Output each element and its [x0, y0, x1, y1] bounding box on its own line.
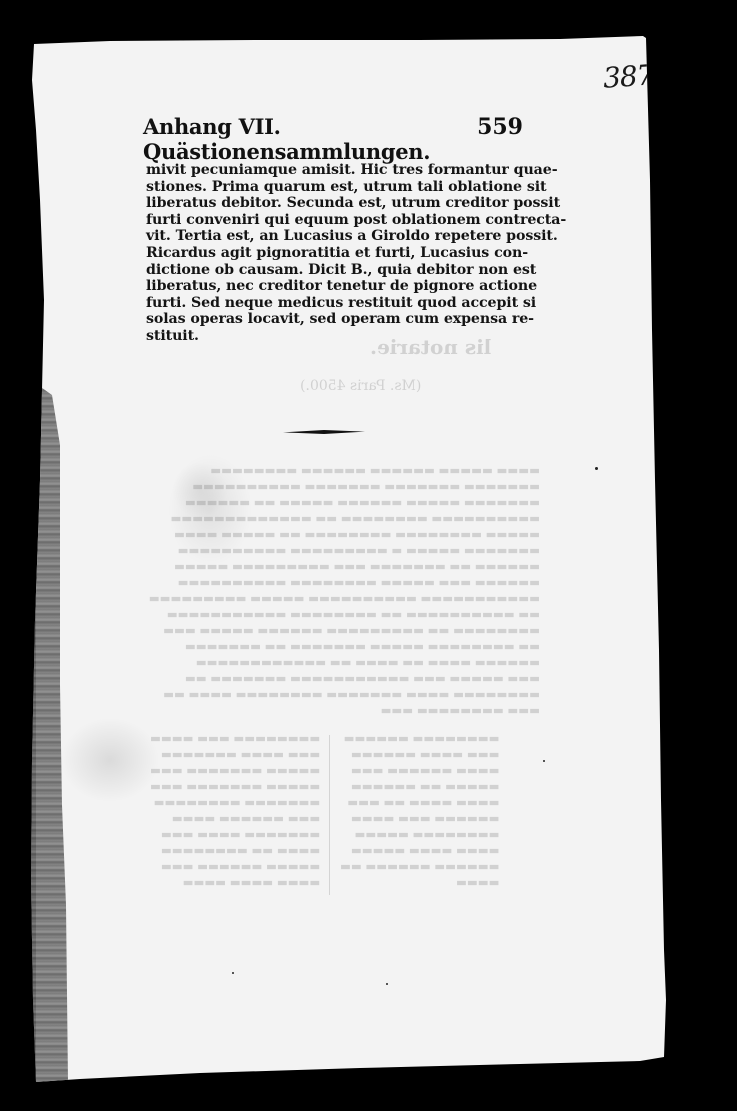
worn-binding-strip [30, 385, 70, 1082]
handwritten-folio-number: 387 [602, 58, 655, 94]
text-line: liberatus, nec creditor tenetur de pigno… [146, 278, 528, 295]
text-line: Ricardus agit pignoratitia et furti, Luc… [146, 245, 528, 262]
show-through-column: ▬▬▬▬▬▬▬▬ ▬▬▬ ▬▬▬▬▬▬▬ ▬▬▬▬ ▬▬▬▬▬▬▬▬▬▬▬▬ ▬… [150, 730, 320, 890]
body-text: mivit pecuniamque amisit. Hic tres forma… [146, 162, 528, 345]
text-line: stiones. Prima quarum est, utrum tali ob… [146, 179, 528, 196]
show-through-text-block: ▬▬▬▬ ▬▬▬▬▬ ▬▬▬▬▬▬ ▬▬▬▬▬▬ ▬▬▬▬▬▬▬▬ ▬▬▬▬▬▬… [150, 462, 540, 718]
show-through-subtitle: (Ms. Paris 4500.) [300, 378, 421, 394]
text-line: furti conveniri qui equum post oblatione… [146, 212, 528, 229]
show-through-column-divider [329, 735, 330, 895]
page-number: 559 [477, 114, 523, 140]
text-line: vit. Tertia est, an Lucasius a Giroldo r… [146, 228, 528, 245]
ink-speck [232, 972, 234, 974]
running-head: Anhang VII. Quästionensammlungen. 559 [143, 114, 523, 164]
show-through-column: ▬▬▬▬▬▬▬▬ ▬▬▬▬▬▬▬▬▬ ▬▬▬▬ ▬▬▬▬▬▬▬▬▬▬ ▬▬▬▬▬… [340, 730, 499, 890]
decorative-rule [283, 430, 365, 434]
text-line: mivit pecuniamque amisit. Hic tres forma… [146, 162, 528, 179]
scanned-page: 387 Anhang VII. Quästionensammlungen. 55… [0, 0, 737, 1111]
text-line: stituit. [146, 328, 528, 345]
text-line: liberatus debitor. Secunda est, utrum cr… [146, 195, 528, 212]
text-line: furti. Sed neque medicus restituit quod … [146, 295, 528, 312]
text-line: solas operas locavit, sed operam cum exp… [146, 311, 528, 328]
paper-sheet: 387 Anhang VII. Quästionensammlungen. 55… [0, 0, 737, 1111]
ink-speck [595, 467, 598, 470]
ink-speck [386, 983, 388, 985]
running-head-title: Anhang VII. Quästionensammlungen. [143, 114, 477, 164]
ink-speck [543, 760, 545, 762]
text-line: dictione ob causam. Dicit B., quia debit… [146, 262, 528, 279]
